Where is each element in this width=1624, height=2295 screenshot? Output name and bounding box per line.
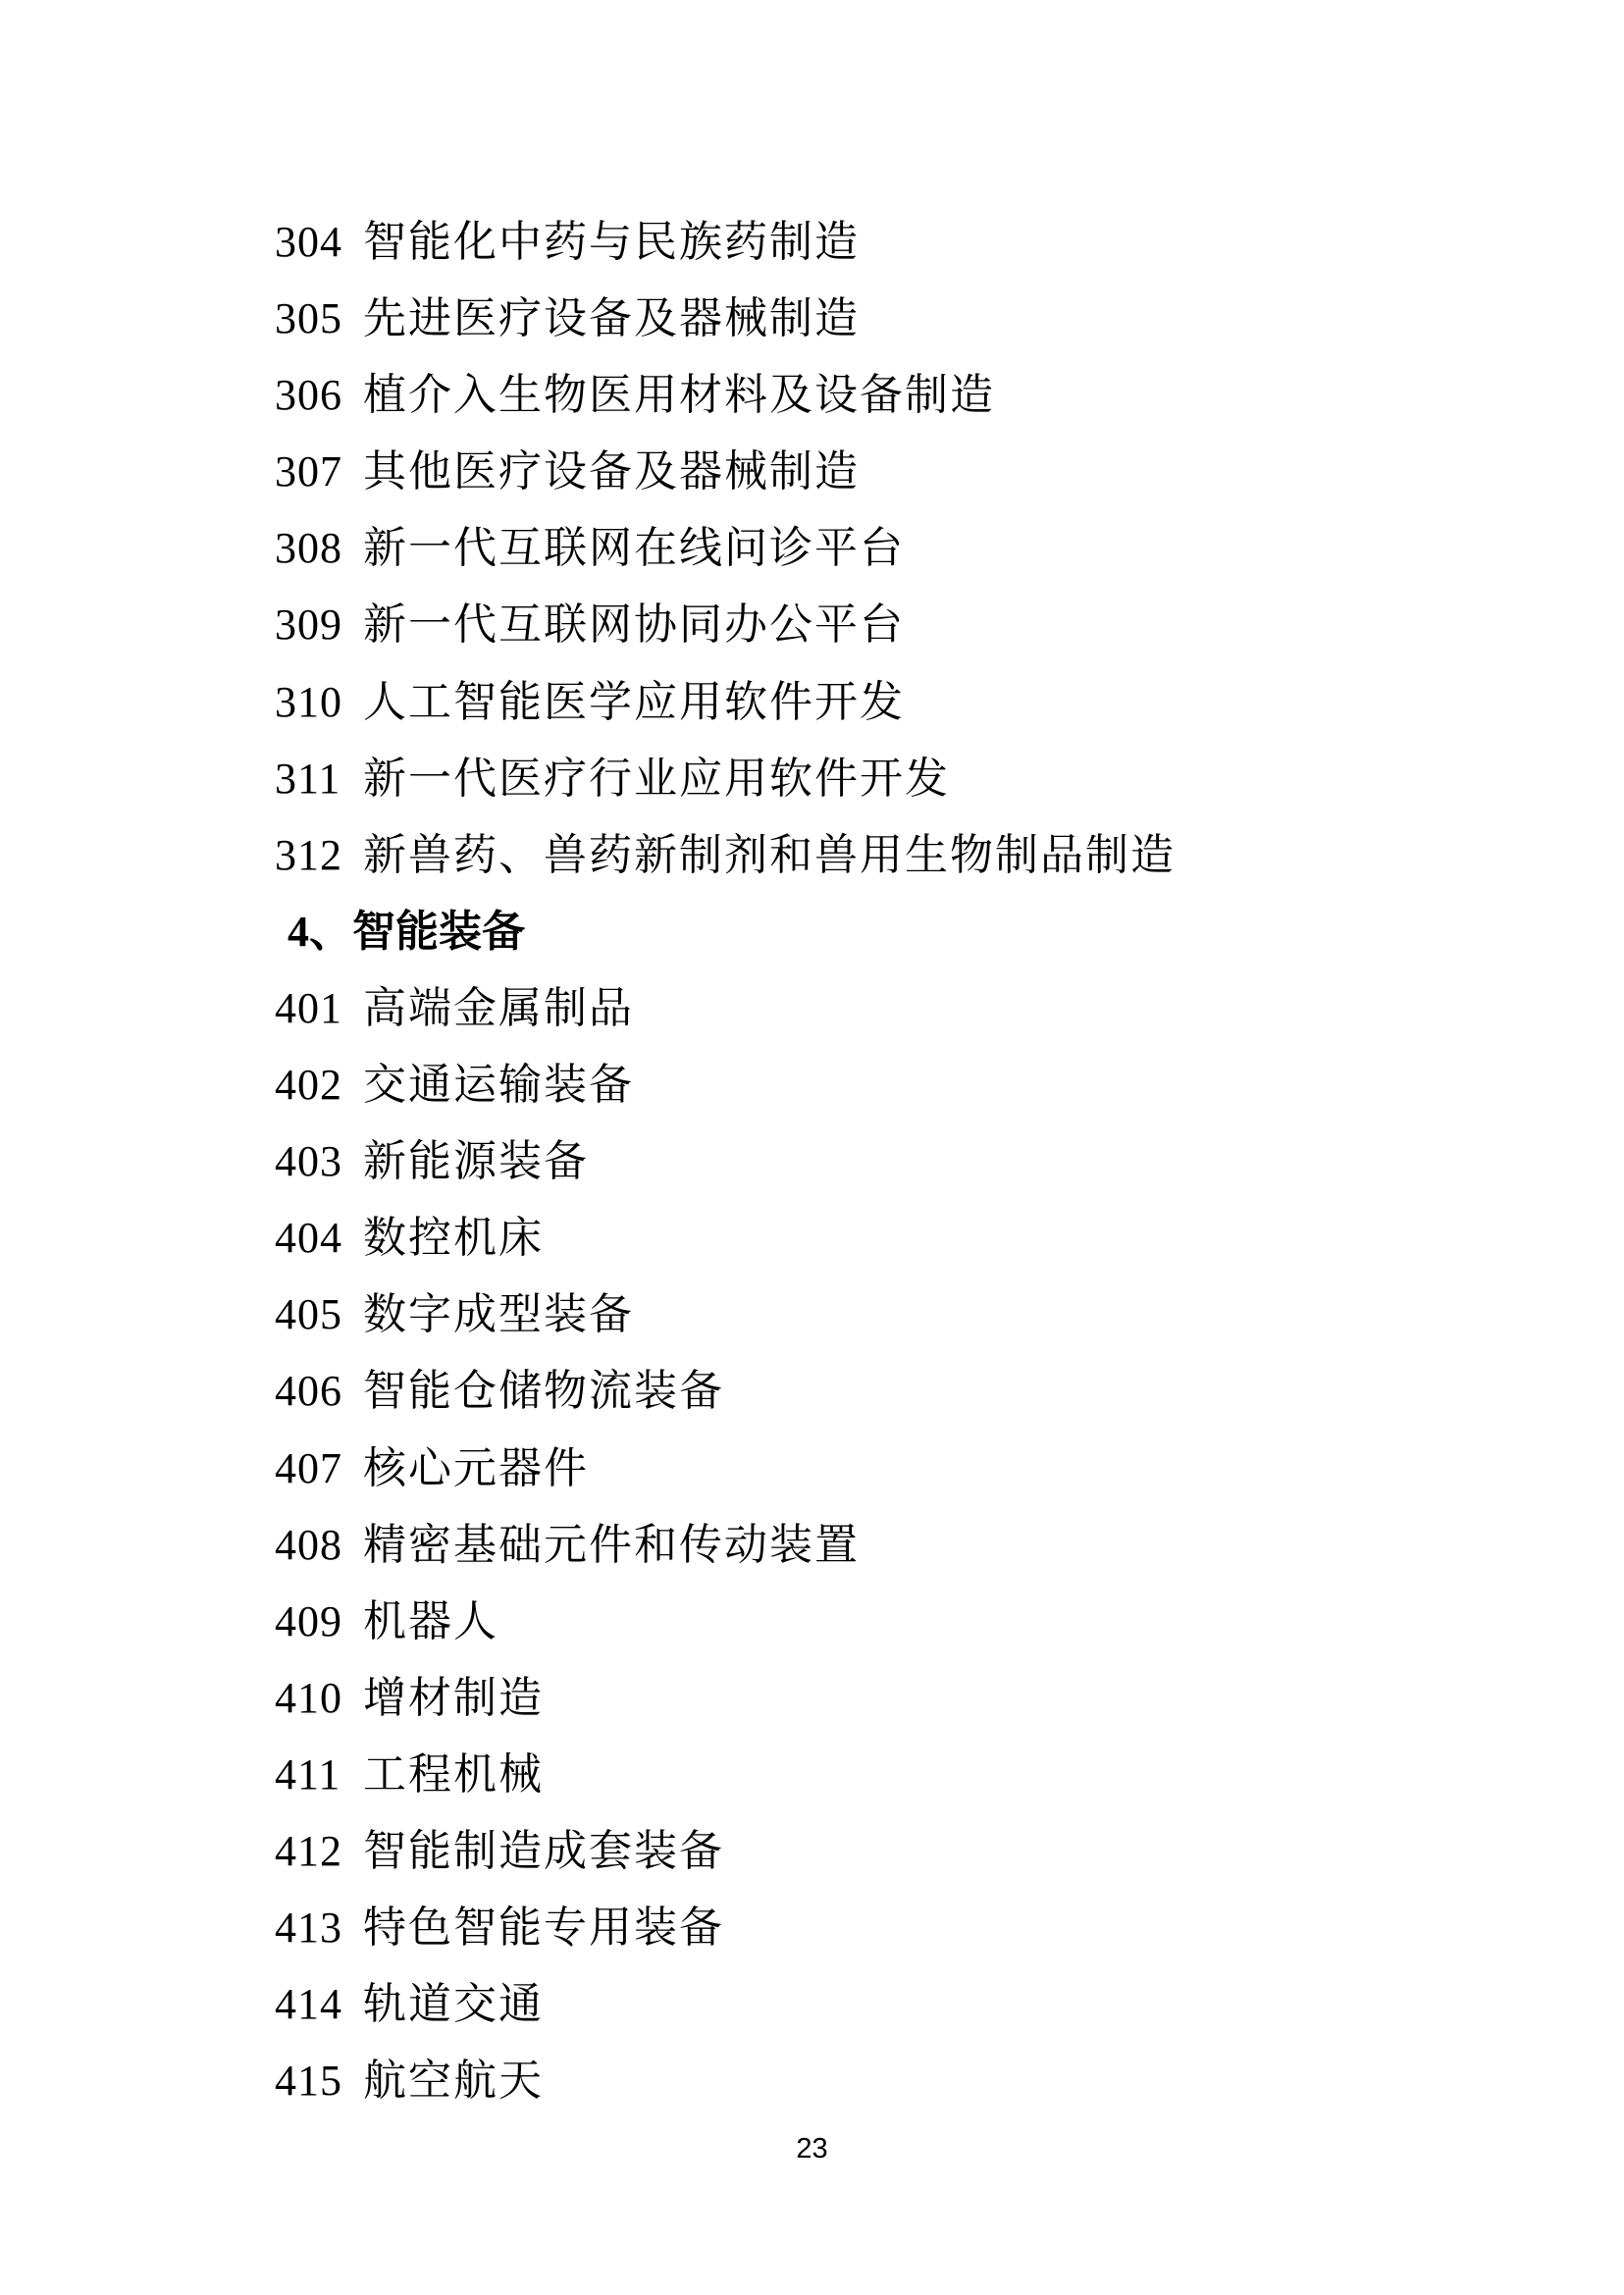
item-label: 新一代医疗行业应用软件开发 — [363, 755, 950, 803]
list-item: 414轨道交通 — [275, 1983, 1176, 2060]
item-label: 智能化中药与民族药制造 — [363, 218, 860, 266]
item-number: 307 — [275, 450, 363, 494]
list-item: 402交通运输装备 — [275, 1064, 1176, 1140]
list-item: 401高端金属制品 — [275, 987, 1176, 1064]
item-label: 机器人 — [363, 1597, 498, 1645]
list-item: 410增材制造 — [275, 1677, 1176, 1753]
item-label: 智能制造成套装备 — [363, 1827, 724, 1875]
item-label: 轨道交通 — [363, 1980, 544, 2028]
document-page: 304智能化中药与民族药制造 305先进医疗设备及器械制造 306植介入生物医用… — [0, 0, 1624, 2295]
page-number: 23 — [0, 2135, 1624, 2164]
list-item: 305先进医疗设备及器械制造 — [275, 297, 1176, 374]
item-number: 410 — [275, 1677, 363, 1720]
list-item: 309新一代互联网协同办公平台 — [275, 603, 1176, 680]
item-number: 412 — [275, 1830, 363, 1873]
item-label: 新一代互联网协同办公平台 — [363, 600, 905, 649]
item-label: 其他医疗设备及器械制造 — [363, 447, 860, 496]
item-label: 交通运输装备 — [363, 1061, 634, 1109]
list-item: 304智能化中药与民族药制造 — [275, 221, 1176, 297]
item-number: 312 — [275, 834, 363, 877]
catalog-list: 304智能化中药与民族药制造 305先进医疗设备及器械制造 306植介入生物医用… — [275, 221, 1176, 2136]
list-item: 403新能源装备 — [275, 1140, 1176, 1217]
section-heading-label: 4、智能装备 — [288, 911, 525, 954]
item-label: 新一代互联网在线问诊平台 — [363, 524, 905, 572]
item-number: 404 — [275, 1217, 363, 1260]
item-label: 新兽药、兽药新制剂和兽用生物制品制造 — [363, 831, 1176, 879]
list-item: 408精密基础元件和传动装置 — [275, 1524, 1176, 1600]
list-item: 404数控机床 — [275, 1217, 1176, 1293]
item-label: 工程机械 — [363, 1750, 544, 1799]
list-item: 411工程机械 — [275, 1753, 1176, 1830]
item-number: 411 — [275, 1753, 363, 1797]
item-label: 数字成型装备 — [363, 1290, 634, 1338]
item-number: 414 — [275, 1983, 363, 2026]
item-number: 407 — [275, 1447, 363, 1490]
item-label: 先进医疗设备及器械制造 — [363, 294, 860, 342]
item-label: 新能源装备 — [363, 1137, 589, 1185]
list-item: 406智能仓储物流装备 — [275, 1370, 1176, 1446]
item-number: 309 — [275, 603, 363, 647]
item-number: 415 — [275, 2060, 363, 2103]
item-number: 406 — [275, 1370, 363, 1413]
section-heading: 4、智能装备 — [275, 911, 1176, 987]
item-label: 高端金属制品 — [363, 984, 634, 1032]
list-item: 407核心元器件 — [275, 1447, 1176, 1524]
item-label: 植介入生物医用材料及设备制造 — [363, 371, 995, 419]
list-item: 306植介入生物医用材料及设备制造 — [275, 374, 1176, 450]
item-number: 403 — [275, 1140, 363, 1183]
item-number: 409 — [275, 1600, 363, 1643]
item-number: 304 — [275, 221, 363, 264]
list-item: 311新一代医疗行业应用软件开发 — [275, 757, 1176, 834]
list-item: 413特色智能专用装备 — [275, 1906, 1176, 1983]
item-number: 405 — [275, 1293, 363, 1336]
list-item: 308新一代互联网在线问诊平台 — [275, 527, 1176, 603]
item-number: 408 — [275, 1524, 363, 1567]
item-label: 特色智能专用装备 — [363, 1904, 724, 1952]
item-number: 308 — [275, 527, 363, 570]
item-number: 305 — [275, 297, 363, 340]
item-number: 401 — [275, 987, 363, 1030]
list-item: 415航空航天 — [275, 2060, 1176, 2136]
list-item: 310人工智能医学应用软件开发 — [275, 681, 1176, 757]
item-label: 智能仓储物流装备 — [363, 1367, 724, 1415]
item-label: 增材制造 — [363, 1674, 544, 1722]
item-number: 310 — [275, 681, 363, 724]
item-number: 306 — [275, 374, 363, 417]
item-label: 数控机床 — [363, 1214, 544, 1262]
item-number: 413 — [275, 1906, 363, 1950]
list-item: 409机器人 — [275, 1600, 1176, 1677]
item-label: 精密基础元件和传动装置 — [363, 1521, 860, 1569]
list-item: 312新兽药、兽药新制剂和兽用生物制品制造 — [275, 834, 1176, 911]
item-label: 核心元器件 — [363, 1444, 589, 1492]
item-label: 人工智能医学应用软件开发 — [363, 678, 905, 726]
list-item: 405数字成型装备 — [275, 1293, 1176, 1370]
list-item: 307其他医疗设备及器械制造 — [275, 450, 1176, 527]
item-number: 311 — [275, 757, 363, 801]
item-label: 航空航天 — [363, 2057, 544, 2105]
list-item: 412智能制造成套装备 — [275, 1830, 1176, 1906]
item-number: 402 — [275, 1064, 363, 1107]
